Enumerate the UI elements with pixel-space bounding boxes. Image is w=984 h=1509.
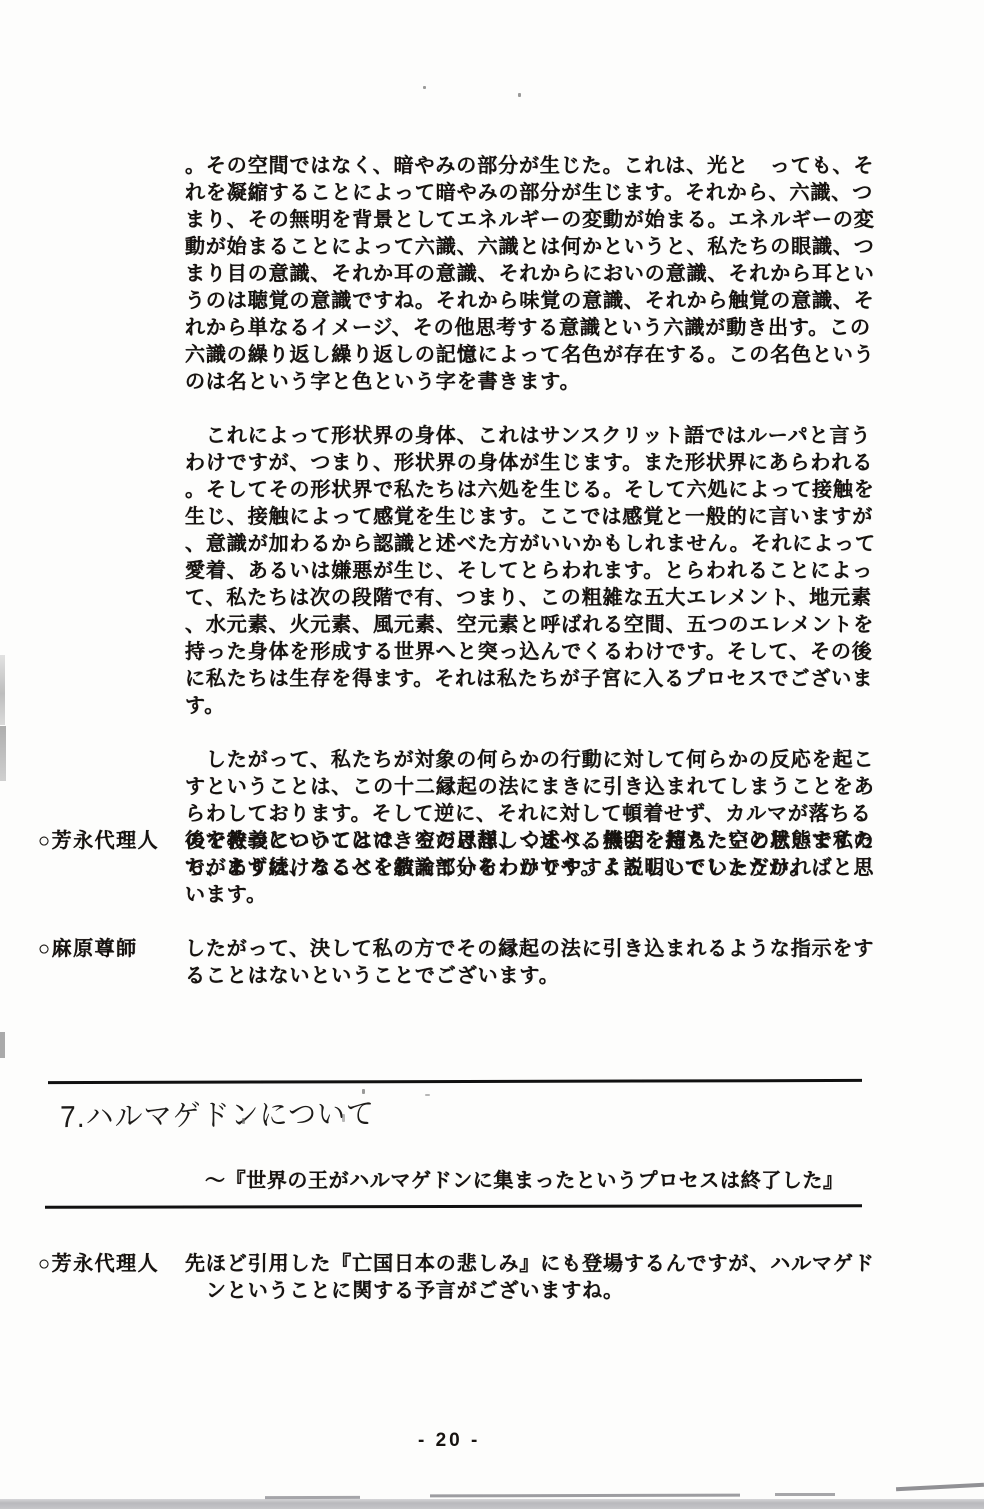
section-heading: 7.ハルマゲドンについて: [60, 1095, 375, 1137]
scan-artifact-bottom-streak: [896, 1483, 984, 1492]
body-paragraph: これによって形状界の身体、これはサンスクリット語ではルーパと言う わけですが、つ…: [185, 423, 891, 720]
speaker-label: ○芳永代理人: [38, 1251, 159, 1278]
divider-line: [48, 1079, 862, 1084]
scan-artifact-left-streak: [0, 726, 6, 781]
scan-artifact-bottom-streak: [430, 1494, 740, 1498]
speaker-text: 後で教義についてはできるだけ詳しく述べる機会を持ちたいと思いますの で、まずは、…: [185, 828, 891, 909]
divider-line: [45, 1204, 862, 1208]
scan-artifact-speck: [425, 1094, 430, 1096]
scan-artifact-speck: [518, 93, 521, 97]
scan-artifact-left-streak: [0, 1032, 5, 1058]
section-subtitle: ～『世界の王がハルマゲドンに集まったというプロセスは終了した』: [205, 1168, 844, 1195]
scan-artifact-left-streak: [0, 655, 5, 725]
body-text-block: 。その空間ではなく、暗やみの部分が生じた。これは、光と っても、そ れを凝縮する…: [185, 126, 891, 909]
speaker-text: 先ほど引用した『亡国日本の悲しみ』にも登場するんですが、ハルマゲド ンということ…: [185, 1251, 891, 1305]
scan-artifact-speck: [423, 86, 426, 89]
scan-artifact-bottom-edge: [0, 1499, 984, 1509]
scan-artifact-speck: [362, 1089, 365, 1094]
speaker-text: したがって、決して私の方でその縁起の法に引き込まれるような指示をす ることはない…: [185, 936, 891, 990]
scan-artifact-bottom-streak: [775, 1493, 835, 1496]
scan-artifact-bottom-streak: [265, 1496, 360, 1499]
speaker-label: ○麻原尊師: [38, 936, 138, 963]
page-number: - 20 -: [418, 1430, 480, 1452]
body-paragraph: 。その空間ではなく、暗やみの部分が生じた。これは、光と っても、そ れを凝縮する…: [185, 153, 891, 396]
scanned-document-page: 。その空間ではなく、暗やみの部分が生じた。これは、光と っても、そ れを凝縮する…: [0, 0, 984, 1509]
speaker-label: ○芳永代理人: [38, 828, 159, 855]
